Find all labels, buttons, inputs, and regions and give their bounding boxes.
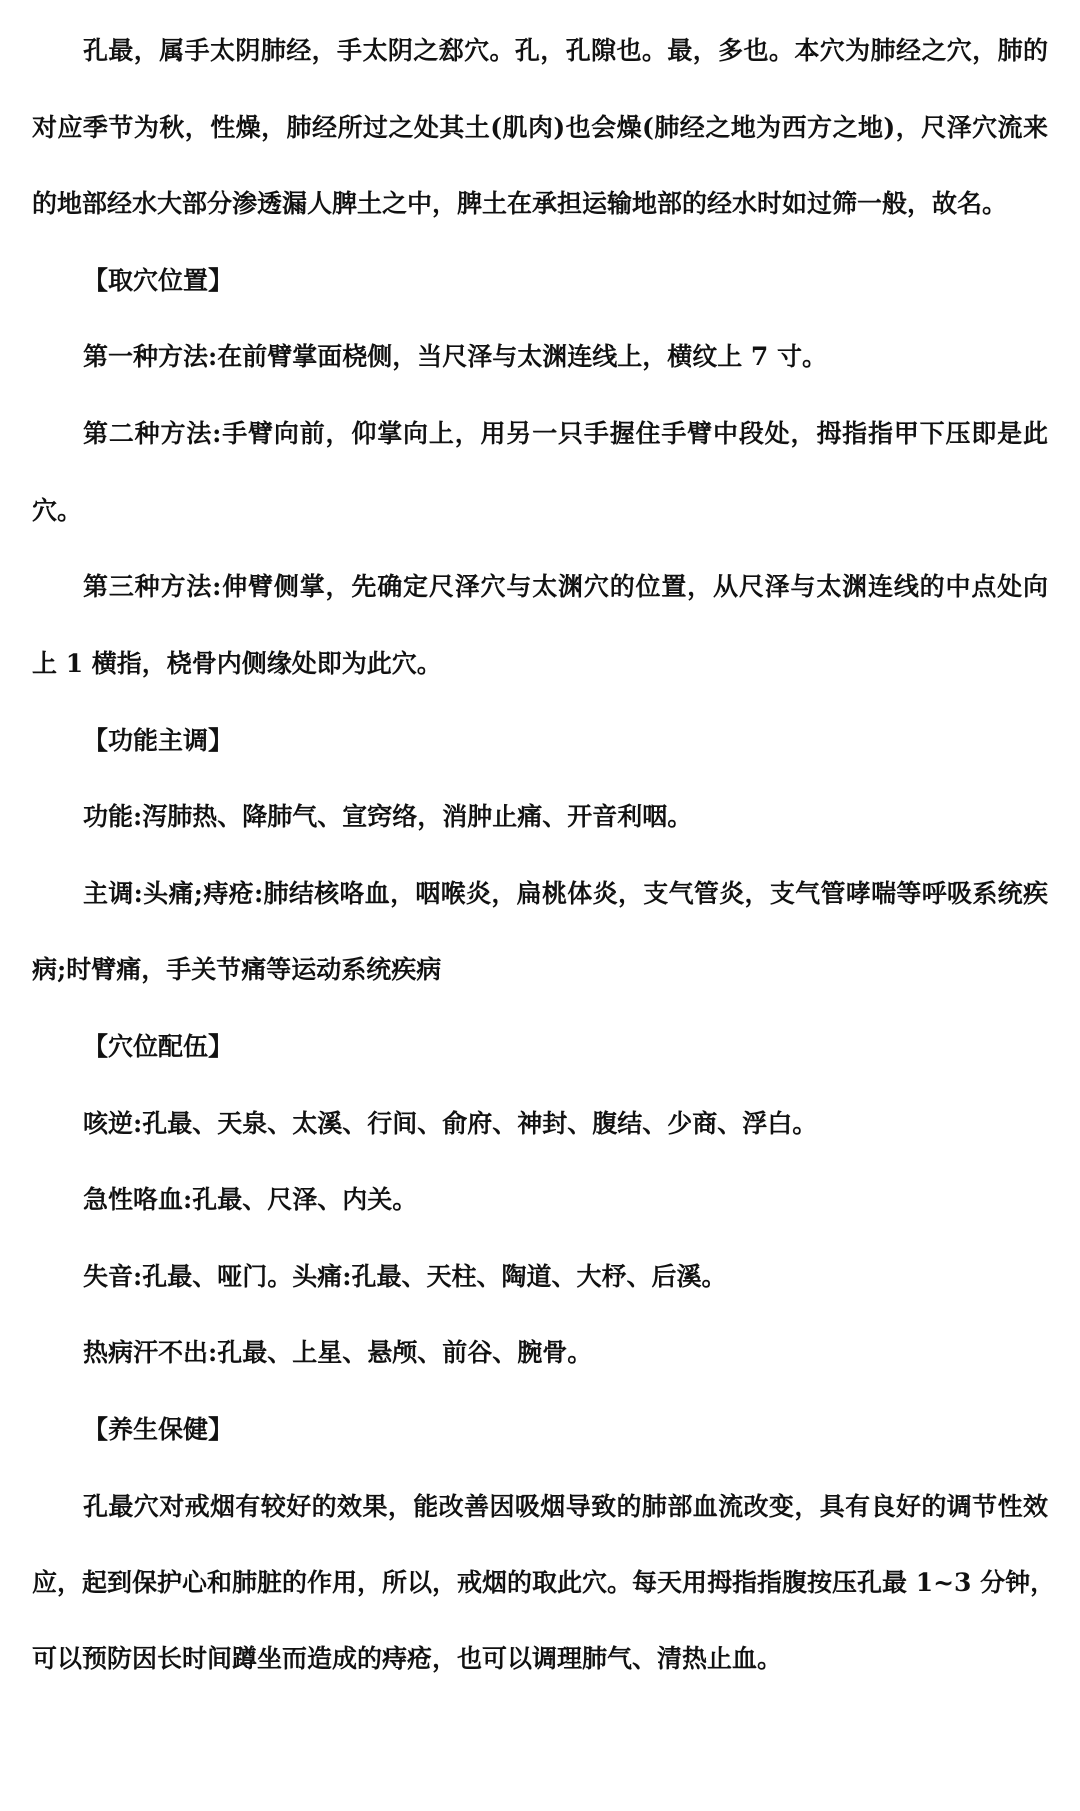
location-method-3-line-2: 上 1 横指，桡骨内侧缘处即为此穴。 — [32, 647, 1048, 681]
location-method-1: 第一种方法:在前臂掌面桡侧，当尺泽与太渊连线上，横纹上 7 寸。 — [32, 340, 1048, 374]
combination-hemoptysis: 急性咯血:孔最、尺泽、内关。 — [32, 1183, 1048, 1217]
health-care-line-1: 孔最穴对戒烟有较好的效果，能改善因吸烟导致的肺部血流改变，具有良好的调节性效 — [32, 1490, 1048, 1524]
intro-paragraph-line-3: 的地部经水大部分渗透漏人脾土之中，脾土在承担运输地部的经水时如过筛一般，故名。 — [32, 187, 1048, 221]
health-care-line-3: 可以预防因长时间蹲坐而造成的痔疮，也可以调理肺气、清热止血。 — [32, 1642, 1048, 1676]
section-heading-health-care: 【养生保健】 — [32, 1413, 1048, 1447]
combination-aphonia-headache: 失音:孔最、哑门。头痛:孔最、天柱、陶道、大杼、后溪。 — [32, 1260, 1048, 1294]
functions-text: 功能:泻肺热、降肺气、宣窍络，消肿止痛、开音利咽。 — [32, 800, 1048, 834]
intro-paragraph-line-1: 孔最，属手太阴肺经，手太阴之郄穴。孔，孔隙也。最，多也。本穴为肺经之穴，肺的 — [32, 34, 1048, 68]
combination-cough: 咳逆:孔最、天泉、太溪、行间、俞府、神封、腹结、少商、浮白。 — [32, 1107, 1048, 1141]
section-heading-combinations: 【穴位配伍】 — [32, 1030, 1048, 1064]
location-method-2-line-1: 第二种方法:手臂向前，仰掌向上，用另一只手握住手臂中段处，拇指指甲下压即是此 — [32, 417, 1048, 451]
indications-line-2: 病;时臂痛，手关节痛等运动系统疾病 — [32, 953, 1048, 987]
health-care-line-2: 应，起到保护心和肺脏的作用，所以，戒烟的取此穴。每天用拇指指腹按压孔最 1~3 … — [32, 1566, 1048, 1600]
section-heading-functions: 【功能主调】 — [32, 724, 1048, 758]
location-method-3-line-1: 第三种方法:伸臂侧掌，先确定尺泽穴与太渊穴的位置，从尺泽与太渊连线的中点处向 — [32, 570, 1048, 604]
indications-line-1: 主调:头痛;痔疮:肺结核咯血，咽喉炎，扁桃体炎，支气管炎，支气管哮喘等呼吸系统疾 — [32, 877, 1048, 911]
intro-paragraph-line-2: 对应季节为秋，性燥，肺经所过之处其土(肌肉)也会燥(肺经之地为西方之地)，尺泽穴… — [32, 111, 1048, 145]
location-method-2-line-2: 穴。 — [32, 494, 1048, 528]
section-heading-acupoint-location: 【取穴位置】 — [32, 264, 1048, 298]
combination-febrile-no-sweat: 热病汗不出:孔最、上星、悬颅、前谷、腕骨。 — [32, 1336, 1048, 1370]
